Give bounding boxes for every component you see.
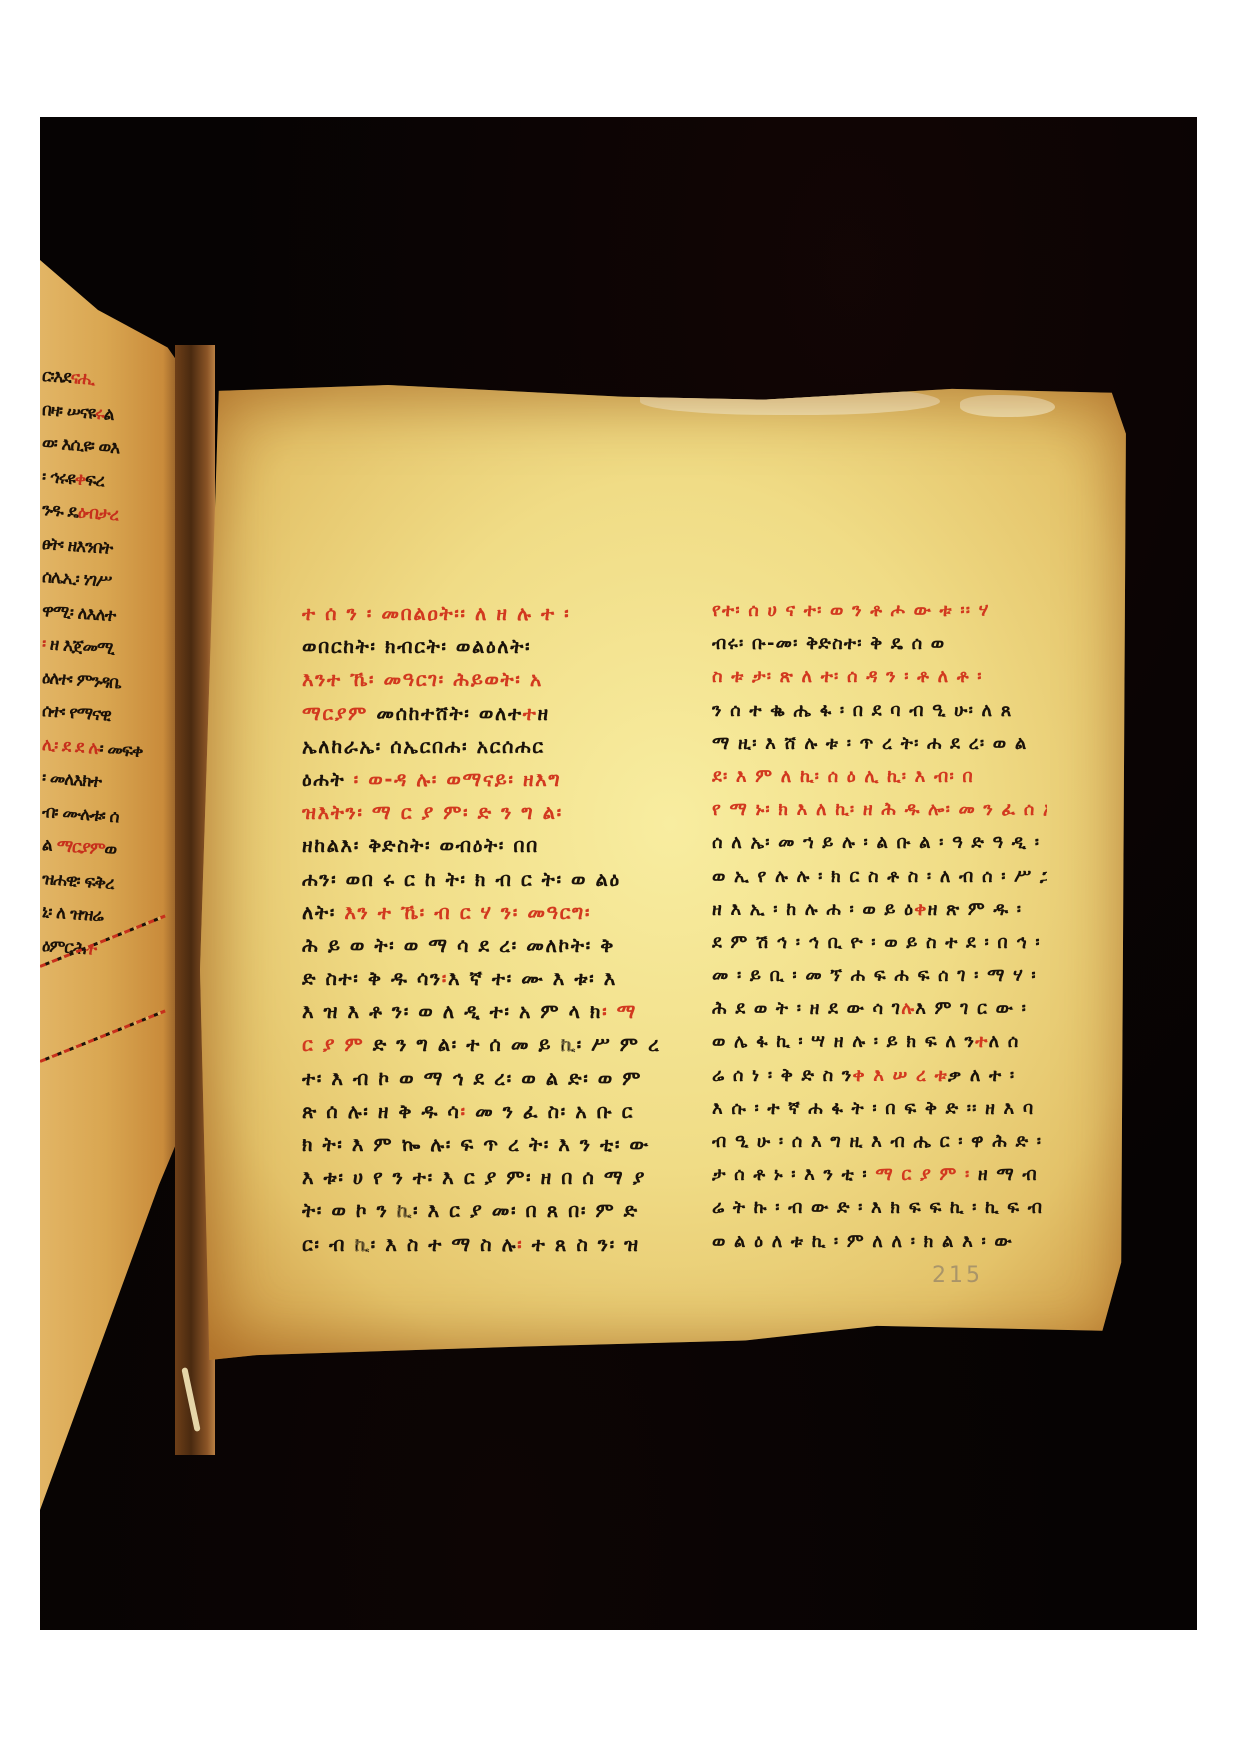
text-line: እ ሱ ፡ ተ ኛ ሐ ፋ ት ፡ በ ፍ ቅ ድ ፡፡ ዘ እ ባ [712, 1092, 1047, 1125]
text-line: ን ሰ ተ ቈ ሔ ፋ ፡ በ ደ ባ ብ ዒ ሁ፡ ለ ጸ [712, 694, 1047, 727]
rubric-segment: ቀ እ ሠ ረ ቱ [853, 1065, 948, 1086]
rubric-segment: ማርያም [302, 702, 368, 725]
text-segment: ድ ስተ፡ ቅ ዱ ሳን [302, 967, 442, 990]
text-line: ሬ ሰ ነ ፡ ቅ ድ ስ ንቀ እ ሠ ረ ቱቃ ለ ተ ፡ [712, 1059, 1047, 1092]
text-line: የተ፡ ሰ ሀ ና ተ፡ ወ ን ቶ ሖ ው ቱ ፡፡ ሃ [712, 594, 1047, 627]
text-segment: መ ን ፈ ስ፡ አ ቡ ር [467, 1100, 634, 1123]
text-segment: ደ ም ሽ ኅ ፡ ኅ ቢ ዮ ፡ ወ ይ ስ ተ ደ ፡ በ ኅ ፡ [712, 932, 1041, 953]
rubric-segment: የ ማ ኑ፡ ክ እ ለ ኪ፡ ዘ ሕ ዱ ሎ፡ መ ን ፈ ሰ ኤ [712, 799, 1047, 820]
text-segment: ት፡ ወ ኮ ን ኪ፡ እ ር ያ መ፡ በ ጸ በ፡ ም ድ [302, 1199, 639, 1222]
text-segment: ዕሐት [302, 768, 354, 791]
rubric-segment: ፡ ወ-ዳ ሉ፡ ወማናይ፡ ዘእግ [354, 768, 562, 791]
right-page-recto: ተ ሰ ን ፡ መበልዐት፡፡ ለ ዘ ሉ ተ ፡ወበርከት፡ ክብርት፡ ወል… [200, 385, 1140, 1360]
text-segment: ብ፡ ሙሉቱ፡ ሰ [41, 802, 119, 827]
rubric-segment: ር ያ ም [302, 1033, 364, 1056]
text-segment: ብሩ፡ ቡ-መ፡ ቅድስተ፡ ቅ ዴ ሰ ወ [712, 633, 945, 654]
text-segment: ል [41, 835, 57, 856]
text-segment: እ ቱ፡ ሀ የ ን ተ፡ እ ር ያ ም፡ ዘ በ ሰ ማ ያ [302, 1166, 646, 1189]
text-segment: ሬ ሰ ነ ፡ ቅ ድ ስ ን [712, 1065, 853, 1086]
text-segment: እ ሱ ፡ ተ ኛ ሐ ፋ ት ፡ በ ፍ ቅ ድ ፡፡ ዘ እ ባ [712, 1098, 1034, 1119]
text-segment: ብ ዒ ሁ ፡ ሰ እ ግ ዚ እ ብ ሔ ር ፡ ዋ ሕ ድ ፡ [712, 1131, 1042, 1152]
text-segment: ወ ል ዕ ለ ቱ ኪ ፡ ም ለ ለ ፡ ክ ል እ ፡ ው [712, 1231, 1013, 1252]
text-segment: ለ ሰ [989, 1031, 1020, 1052]
text-segment: ዘ [538, 702, 550, 725]
text-line: ዘ እ ኢ ፡ ከ ሉ ሐ ፡ ወ ይ ዕቀዘ ጽ ም ዱ ፡ [712, 893, 1047, 926]
stain [960, 395, 1055, 417]
text-line: ኤለከራኤ፡ ሰኤርበሐ፡ አርሰሐር [302, 730, 672, 763]
manuscript-photograph: ር፡እደናሒበዛ፡ ሠናዩሩልወ፡ እሲዩ፡ ወእ፡ ኅሩዩቀፍረንዱ ዴዕብታ… [40, 117, 1197, 1630]
text-line: ወ ኢ የ ሉ ሉ ፡ ክ ር ስ ቶ ስ ፡ ለ ብ ሰ ፡ ሥ ጋ ፡ [712, 860, 1047, 893]
text-line: ር ያ ም ድ ን ግ ል፡ ተ ሰ መ ይ ኪ፡ ሥ ም ረ [302, 1028, 672, 1061]
text-line: ብ ዒ ሁ ፡ ሰ እ ግ ዚ እ ብ ሔ ር ፡ ዋ ሕ ድ ፡ [712, 1125, 1047, 1158]
text-line: ዘከልእ፡ ቅድስት፡ ወብዕት፡ በበ [302, 829, 672, 862]
text-segment: ወ [104, 839, 117, 860]
text-segment: ማ ዚ፡ እ ሸ ሉ ቱ ፡ ጥ ረ ት፡ ሐ ደ ረ፡ ወ ል [712, 733, 1027, 754]
text-line: ሰ ለ ኤ፡ መ ኀ ይ ሉ ፡ ል ቡ ል ፡ ዓ ድ ዓ ዲ ፡ [712, 826, 1047, 859]
rubric-segment: ስ ቱ ታ፡ ጽ ለ ተ፡ ሰ ዳ ን ፡ ቶ ለ ቶ ፡ [712, 666, 983, 687]
text-line: ሐን፡ ወበ ሩ ር ከ ት፡ ክ ብ ር ት፡ ወ ልዕ [302, 863, 672, 896]
text-segment: ለት፡ [302, 901, 344, 924]
text-segment: በዛ፡ ሠናዩ [41, 400, 95, 424]
text-line: ክ ት፡ እ ም ኰ ሉ፡ ፍ ጥ ረ ት፡ እ ን ቲ፡ ው [302, 1128, 672, 1161]
text-line: ወበርከት፡ ክብርት፡ ወልዕለት፡ [302, 630, 672, 663]
rubric-segment: ደ፡ እ ም ለ ኪ፡ ሰ ዕ ሊ ኪ፡ እ ብ፡ በ [712, 766, 974, 787]
text-segment: ር፡እደ [41, 366, 71, 388]
text-line: ብሩ፡ ቡ-መ፡ ቅድስተ፡ ቅ ዴ ሰ ወ [712, 627, 1047, 660]
text-segment: እ ም ገ ር ው ፡ [915, 998, 1027, 1019]
rubric-segment: ተ [975, 1031, 988, 1052]
rubric-segment: ሉ [901, 998, 915, 1019]
rubric-segment: ተ [523, 702, 538, 725]
text-segment: ፡ ኅሩዩ [41, 467, 75, 489]
left-page-text: ር፡እደናሒበዛ፡ ሠናዩሩልወ፡ እሲዩ፡ ወእ፡ ኅሩዩቀፍረንዱ ዴዕብታ… [42, 360, 177, 963]
text-line: ስ ቱ ታ፡ ጽ ለ ተ፡ ሰ ዳ ን ፡ ቶ ለ ቶ ፡ [712, 660, 1047, 693]
text-line: ድ ስተ፡ ቅ ዱ ሳን፡እ ኛ ተ፡ ሙ እ ቱ፡ እ [302, 962, 672, 995]
text-line: እ ዝ እ ቶ ን፡ ወ ለ ዲ ተ፡ አ ም ላ ክ፡ ማ [302, 995, 672, 1028]
text-segment: ድ ን ግ ል፡ ተ ሰ መ ይ ኪ፡ ሥ ም ረ [364, 1033, 660, 1056]
text-segment: ኒ፡ ለ ዝዝሬ [41, 902, 103, 926]
text-segment: ል [103, 404, 114, 425]
text-segment: እ ኛ ተ፡ ሙ እ ቱ፡ እ [448, 967, 617, 990]
rubric-segment: እንተ ኼ፡ መዓርገ፡ ሕይወት፡ አ [302, 668, 543, 691]
text-segment: ተ፡ እ ብ ኮ ወ ማ ኅ ደ ረ፡ ወ ል ድ፡ ወ ም [302, 1067, 642, 1090]
text-line: ማ ዚ፡ እ ሸ ሉ ቱ ፡ ጥ ረ ት፡ ሐ ደ ረ፡ ወ ል [712, 727, 1047, 760]
text-segment: ወ፡ እሲ [41, 433, 84, 456]
text-segment: ኤለከራኤ፡ ሰኤርበሐ፡ አርሰሐር [302, 735, 545, 758]
text-segment: ሐን፡ ወበ ሩ ር ከ ት፡ ክ ብ ር ት፡ ወ ልዕ [302, 868, 621, 891]
text-segment: ፡ መለእክተ [41, 768, 101, 792]
text-segment: ታ ሰ ቶ ኑ ፡ እ ን ቲ ፡ [712, 1164, 875, 1185]
text-line: ሕ ይ ወ ት፡ ወ ማ ሳ ደ ረ፡ መለኮት፡ ቅ [302, 929, 672, 962]
text-line: ት፡ ወ ኮ ን ኪ፡ እ ር ያ መ፡ በ ጸ በ፡ ም ድ [302, 1194, 672, 1227]
rubric-segment: ዝእትን፡ ማ ር ያ ም፡ ድ ን ግ ል፡ [302, 801, 563, 824]
text-line: ደ፡ እ ም ለ ኪ፡ ሰ ዕ ሊ ኪ፡ እ ብ፡ በ [712, 760, 1047, 793]
text-line: ዝእትን፡ ማ ር ያ ም፡ ድ ን ግ ል፡ [302, 796, 672, 829]
rubric-segment: ዕብታረ [77, 503, 118, 526]
text-segment: ር፡ ብ ኪ፡ እ ስ ተ ማ ስ ሉ [302, 1233, 517, 1256]
text-segment: ሰ ለ ኤ፡ መ ኀ ይ ሉ ፡ ል ቡ ል ፡ ዓ ድ ዓ ዲ ፡ [712, 832, 1040, 853]
text-segment: ዘ ጽ ም ዱ ፡ [928, 899, 1023, 920]
text-segment: መ ፡ ይ ቢ ፡ መ ኘ ሐ ፍ ሐ ፍ ሰ ገ ፡ ማ ሃ ፡ [712, 965, 1037, 986]
text-segment: ዋሚ፡ ለእለተ [41, 601, 115, 626]
text-segment: ወበርከት፡ ክብርት፡ ወልዕለት፡ [302, 635, 531, 658]
folio-number: 215 [932, 1263, 983, 1288]
text-segment: ዝሐዊ፡ ፍቅረ [41, 869, 114, 894]
text-column-left: ተ ሰ ን ፡ መበልዐት፡፡ ለ ዘ ሉ ተ ፡ወበርከት፡ ክብርት፡ ወል… [302, 597, 672, 1261]
text-segment: ቃ ለ ተ ፡ [948, 1065, 1015, 1086]
rubric-segment: ተ ሰ ን ፡ መበልዐት፡፡ ለ ዘ ሉ ተ ፡ [302, 602, 570, 625]
text-line: ወ ል ዕ ለ ቱ ኪ ፡ ም ለ ለ ፡ ክ ል እ ፡ ው [712, 1225, 1047, 1258]
text-segment: ዩ፡ ወእ [83, 436, 120, 458]
text-line: ዕሐት ፡ ወ-ዳ ሉ፡ ወማናይ፡ ዘእግ [302, 763, 672, 796]
text-segment: ወ ኢ የ ሉ ሉ ፡ ክ ር ስ ቶ ስ ፡ ለ ብ ሰ ፡ ሥ ጋ ፡ [712, 866, 1047, 887]
text-segment: ጽ ሰ ሉ፡ ዘ ቅ ዱ ሳ [302, 1100, 461, 1123]
text-line: የ ማ ኑ፡ ክ እ ለ ኪ፡ ዘ ሕ ዱ ሎ፡ መ ን ፈ ሰ ኤ [712, 793, 1047, 826]
text-line: እ ቱ፡ ሀ የ ን ተ፡ እ ር ያ ም፡ ዘ በ ሰ ማ ያ [302, 1161, 672, 1194]
text-segment: ወ ሌ ፋ ኪ ፡ ሣ ዘ ሉ ፡ ይ ክ ፍ ለ ን [712, 1031, 975, 1052]
text-line: ለት፡ እን ተ ኼ፡ ብ ር ሃ ን፡ መዓርግ፡ [302, 896, 672, 929]
text-segment: ን ሰ ተ ቈ ሔ ፋ ፡ በ ደ ባ ብ ዒ ሁ፡ ለ ጸ [712, 700, 1013, 721]
text-line: መ ፡ ይ ቢ ፡ መ ኘ ሐ ፍ ሐ ፍ ሰ ገ ፡ ማ ሃ ፡ [712, 959, 1047, 992]
rubric-segment: ናሒ [70, 368, 95, 390]
rubric-segment: ማ ር ያ ም ፡ [875, 1164, 970, 1185]
text-line: ተ፡ እ ብ ኮ ወ ማ ኅ ደ ረ፡ ወ ል ድ፡ ወ ም [302, 1062, 672, 1095]
rubric-segment: ፡ ማ [602, 1000, 637, 1023]
text-segment: ዘ ማ ብ [970, 1164, 1037, 1185]
text-segment: ሰሌኢ፡ ነገሥ [41, 567, 111, 592]
text-line: ታ ሰ ቶ ኑ ፡ እ ን ቲ ፡ ማ ር ያ ም ፡ ዘ ማ ብ [712, 1158, 1047, 1191]
rubric-segment: ቀ [914, 899, 927, 920]
text-line: ተ ሰ ን ፡ መበልዐት፡፡ ለ ዘ ሉ ተ ፡ [302, 597, 672, 630]
text-segment: እ ዝ እ ቶ ን፡ ወ ለ ዲ ተ፡ አ ም ላ ክ [302, 1000, 602, 1023]
rubric-segment: እን ተ ኼ፡ ብ ር ሃ ን፡ መዓርግ፡ [344, 901, 591, 924]
text-segment: ዕለተ፡ ምንዳቤ [41, 668, 121, 693]
text-segment: ሕ ይ ወ ት፡ ወ ማ ሳ ደ ረ፡ መለኮት፡ ቅ [302, 934, 615, 957]
text-line: ሬ ት ኩ ፡ ብ ው ድ ፡ እ ክ ፍ ፍ ኪ ፡ ኪ ፍ ብ ፡ [712, 1191, 1047, 1224]
text-line: ማርያም መሰከተሸት፡ ወለተተዘ [302, 697, 672, 730]
text-segment: ፍረ [85, 470, 105, 491]
text-line: ሕ ደ ወ ት ፡ ዘ ደ ው ሳ ገሉእ ም ገ ር ው ፡ [712, 992, 1047, 1025]
text-segment: ዘ እ ኢ ፡ ከ ሉ ሐ ፡ ወ ይ ዕ [712, 899, 914, 920]
text-line: ር፡ ብ ኪ፡ እ ስ ተ ማ ስ ሉ፡ ተ ጸ ስ ን፡ ዝ [302, 1228, 672, 1261]
text-segment: ሰተ፡ የማናዊ [41, 701, 111, 726]
rubric-segment: ሊ፡ ደ ደ ሉ [41, 735, 100, 759]
text-segment: መሰከተሸት፡ ወለተ [368, 702, 523, 725]
rubric-segment: የተ፡ ሰ ሀ ና ተ፡ ወ ን ቶ ሖ ው ቱ ፡፡ ሃ [712, 600, 990, 621]
text-segment: ተ ጸ ስ ን፡ ዝ [523, 1233, 639, 1256]
text-segment: ፀት፡ ዘእንበት [41, 534, 113, 559]
text-line: ደ ም ሽ ኅ ፡ ኅ ቢ ዮ ፡ ወ ይ ስ ተ ደ ፡ በ ኅ ፡ [712, 926, 1047, 959]
text-segment: ዘከልእ፡ ቅድስት፡ ወብዕት፡ በበ [302, 834, 539, 857]
text-segment: ሕ ደ ወ ት ፡ ዘ ደ ው ሳ ገ [712, 998, 901, 1019]
text-segment: ሬ ት ኩ ፡ ብ ው ድ ፡ እ ክ ፍ ፍ ኪ ፡ ኪ ፍ ብ ፡ [712, 1197, 1047, 1218]
decorative-rule [40, 1010, 166, 1063]
text-line: እንተ ኼ፡ መዓርገ፡ ሕይወት፡ አ [302, 663, 672, 696]
text-segment: ፡ መፍቀ [99, 739, 143, 762]
text-line: ጽ ሰ ሉ፡ ዘ ቅ ዱ ሳ፡ መ ን ፈ ስ፡ አ ቡ ር [302, 1095, 672, 1128]
text-column-right: የተ፡ ሰ ሀ ና ተ፡ ወ ን ቶ ሖ ው ቱ ፡፡ ሃብሩ፡ ቡ-መ፡ ቅድ… [712, 594, 1047, 1258]
text-segment: ዘ እጀመሚ [44, 634, 114, 659]
text-segment: ክ ት፡ እ ም ኰ ሉ፡ ፍ ጥ ረ ት፡ እ ን ቲ፡ ው [302, 1133, 650, 1156]
rubric-segment: ማርያም [56, 836, 105, 859]
text-line: ወ ሌ ፋ ኪ ፡ ሣ ዘ ሉ ፡ ይ ክ ፍ ለ ንተለ ሰ [712, 1025, 1047, 1058]
text-segment: ንዱ ዴ [41, 500, 78, 522]
